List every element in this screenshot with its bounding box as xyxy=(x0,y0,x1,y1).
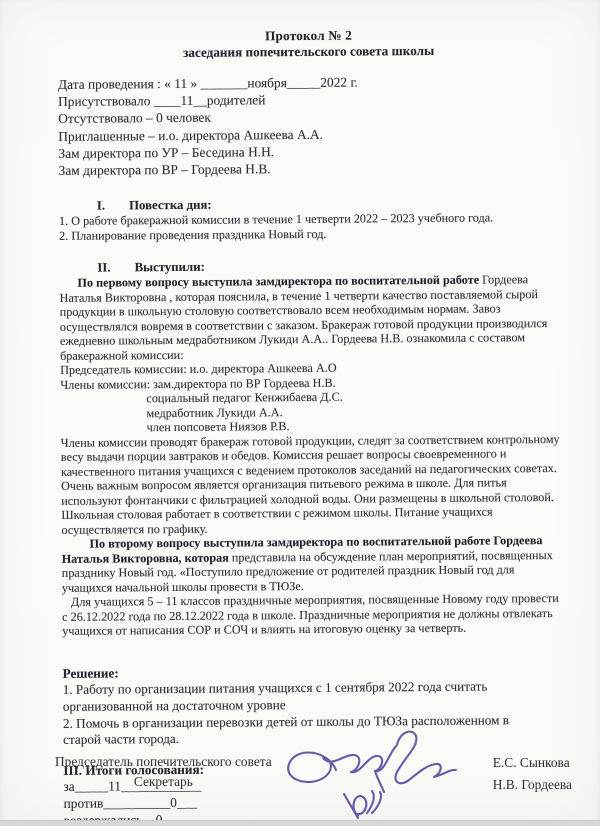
speeches-section: II.Выступили: По первому вопросу выступи… xyxy=(59,257,564,638)
sig-left: Председатель попечительского советаСекре… xyxy=(55,752,272,792)
decision-items: 1. Работу по организации питания учащихс… xyxy=(63,678,566,749)
sig-right: Е.С. СынковаН.В. Гордеева xyxy=(493,752,572,796)
agenda-section-label: Повестка дня: xyxy=(129,198,212,213)
agenda-section-number: I. xyxy=(97,199,105,213)
document-subtitle: заседания попечительского совета школы xyxy=(58,42,560,62)
speech-paragraph-3: По второму вопросу выступила замдиректор… xyxy=(61,533,563,595)
speech-paragraph-1: По первому вопросу выступила замдиректор… xyxy=(59,272,562,363)
agenda-items: 1. О работе бракеражной комиссии в течен… xyxy=(59,210,561,243)
speeches-section-label: Выступили: xyxy=(134,260,204,275)
decision-item: 1. Работу по организации питания учащихс… xyxy=(63,678,535,715)
decision-item: 2. Помочь в организации перевозки детей … xyxy=(63,712,535,749)
document-content: Протокол № 2 заседания попечительского с… xyxy=(0,0,600,826)
meta-line: Зам директора по ВР – Гордеева Н.В. xyxy=(59,158,561,179)
signature-block: Председатель попечительского советаСекре… xyxy=(55,752,572,796)
meta-lines: Дата проведения : « 11 » _______ноября__… xyxy=(58,72,561,179)
scanned-protocol-page: Протокол № 2 заседания попечительского с… xyxy=(0,0,600,826)
scan-bottom-edge xyxy=(0,820,600,826)
speech-paragraph-4: Для учащихся 5 – 11 классов праздничные … xyxy=(62,591,564,638)
signature-role: Председатель попечительского совета xyxy=(55,752,272,772)
signature-role: Секретарь xyxy=(55,772,272,792)
speeches-section-number: II. xyxy=(97,261,110,275)
members-indented: социальный педагог Кенжибаева Д.С.медраб… xyxy=(60,388,562,435)
agenda-item: 2. Планирование проведения праздника Нов… xyxy=(59,225,561,244)
signature-name: Е.С. Сынкова xyxy=(493,752,572,774)
decision-section: Решение: 1. Работу по организации питани… xyxy=(62,661,565,749)
speech-paragraph-2: Члены комиссии проводят бракераж готовой… xyxy=(61,432,564,537)
signature-name: Н.В. Гордеева xyxy=(493,774,572,796)
agenda-section: I.Повестка дня: 1. О работе бракеражной … xyxy=(59,195,561,243)
